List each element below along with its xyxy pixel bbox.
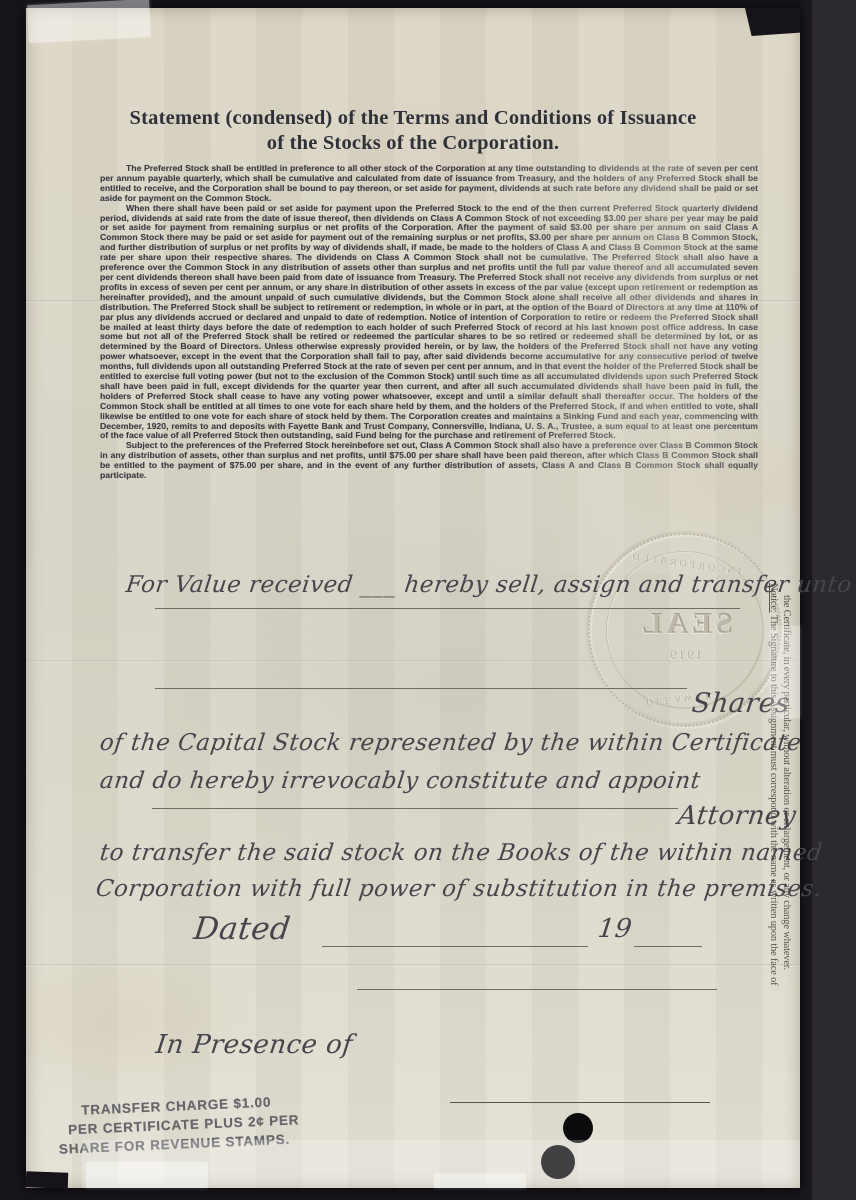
tape-bottom-left: [86, 1162, 208, 1188]
notice-word: Notice:: [768, 583, 779, 613]
attorney-name-blank-line: [152, 808, 678, 809]
year-blank-line: [634, 946, 702, 947]
dated-blank-line: [322, 946, 588, 947]
tape-right-edge: [770, 626, 800, 718]
title-line-2: of the Stocks of the Corporation.: [267, 132, 559, 154]
year-prefix: 19: [596, 914, 634, 944]
shares-blank-line: [155, 688, 687, 689]
scanner-background-strip-outer: [812, 0, 856, 1200]
page-title: Statement (condensed) of the Terms and C…: [86, 106, 740, 156]
dated-label: Dated: [192, 911, 293, 947]
torn-corner-top-right: [745, 8, 800, 36]
transfer-books-line: to transfer the said stock on the Books …: [98, 840, 823, 866]
fold-crease: [26, 964, 800, 967]
assignee-name-blank-line: [155, 608, 740, 609]
seal-center-text: SEAL: [590, 607, 780, 641]
signature-blank-line: [357, 989, 717, 990]
title-line-1: Statement (condensed) of the Terms and C…: [130, 107, 697, 129]
scanner-background-strip: [800, 0, 812, 1200]
terms-paragraph-1: The Preferred Stock shall be entitled in…: [100, 164, 758, 204]
terms-paragraph-2: When there shall have been paid or set a…: [100, 204, 758, 442]
seal-year-text: 1919: [590, 647, 780, 663]
punch-hole: [563, 1113, 593, 1143]
tape-top-left: [27, 0, 151, 43]
substitution-line: Corporation with full power of substitut…: [94, 876, 823, 902]
certificate-back-page: Statement (condensed) of the Terms and C…: [26, 8, 800, 1188]
scanned-stock-certificate-back: Statement (condensed) of the Terms and C…: [0, 0, 856, 1200]
assignment-opening-line: For Value received ___ hereby sell, assi…: [124, 572, 853, 598]
constitute-appoint-line: and do hereby irrevocably constitute and…: [98, 768, 702, 794]
capital-stock-line: of the Capital Stock represented by the …: [98, 730, 803, 756]
torn-corner-bottom-left: [26, 1171, 69, 1188]
terms-paragraph-3: Subject to the preferences of the Prefer…: [100, 441, 758, 481]
witness-label: In Presence of: [154, 1030, 354, 1060]
witness-signature-line: [450, 1102, 710, 1103]
tape-bottom-center: [434, 1174, 526, 1188]
terms-and-conditions-text: The Preferred Stock shall be entitled in…: [100, 164, 758, 481]
